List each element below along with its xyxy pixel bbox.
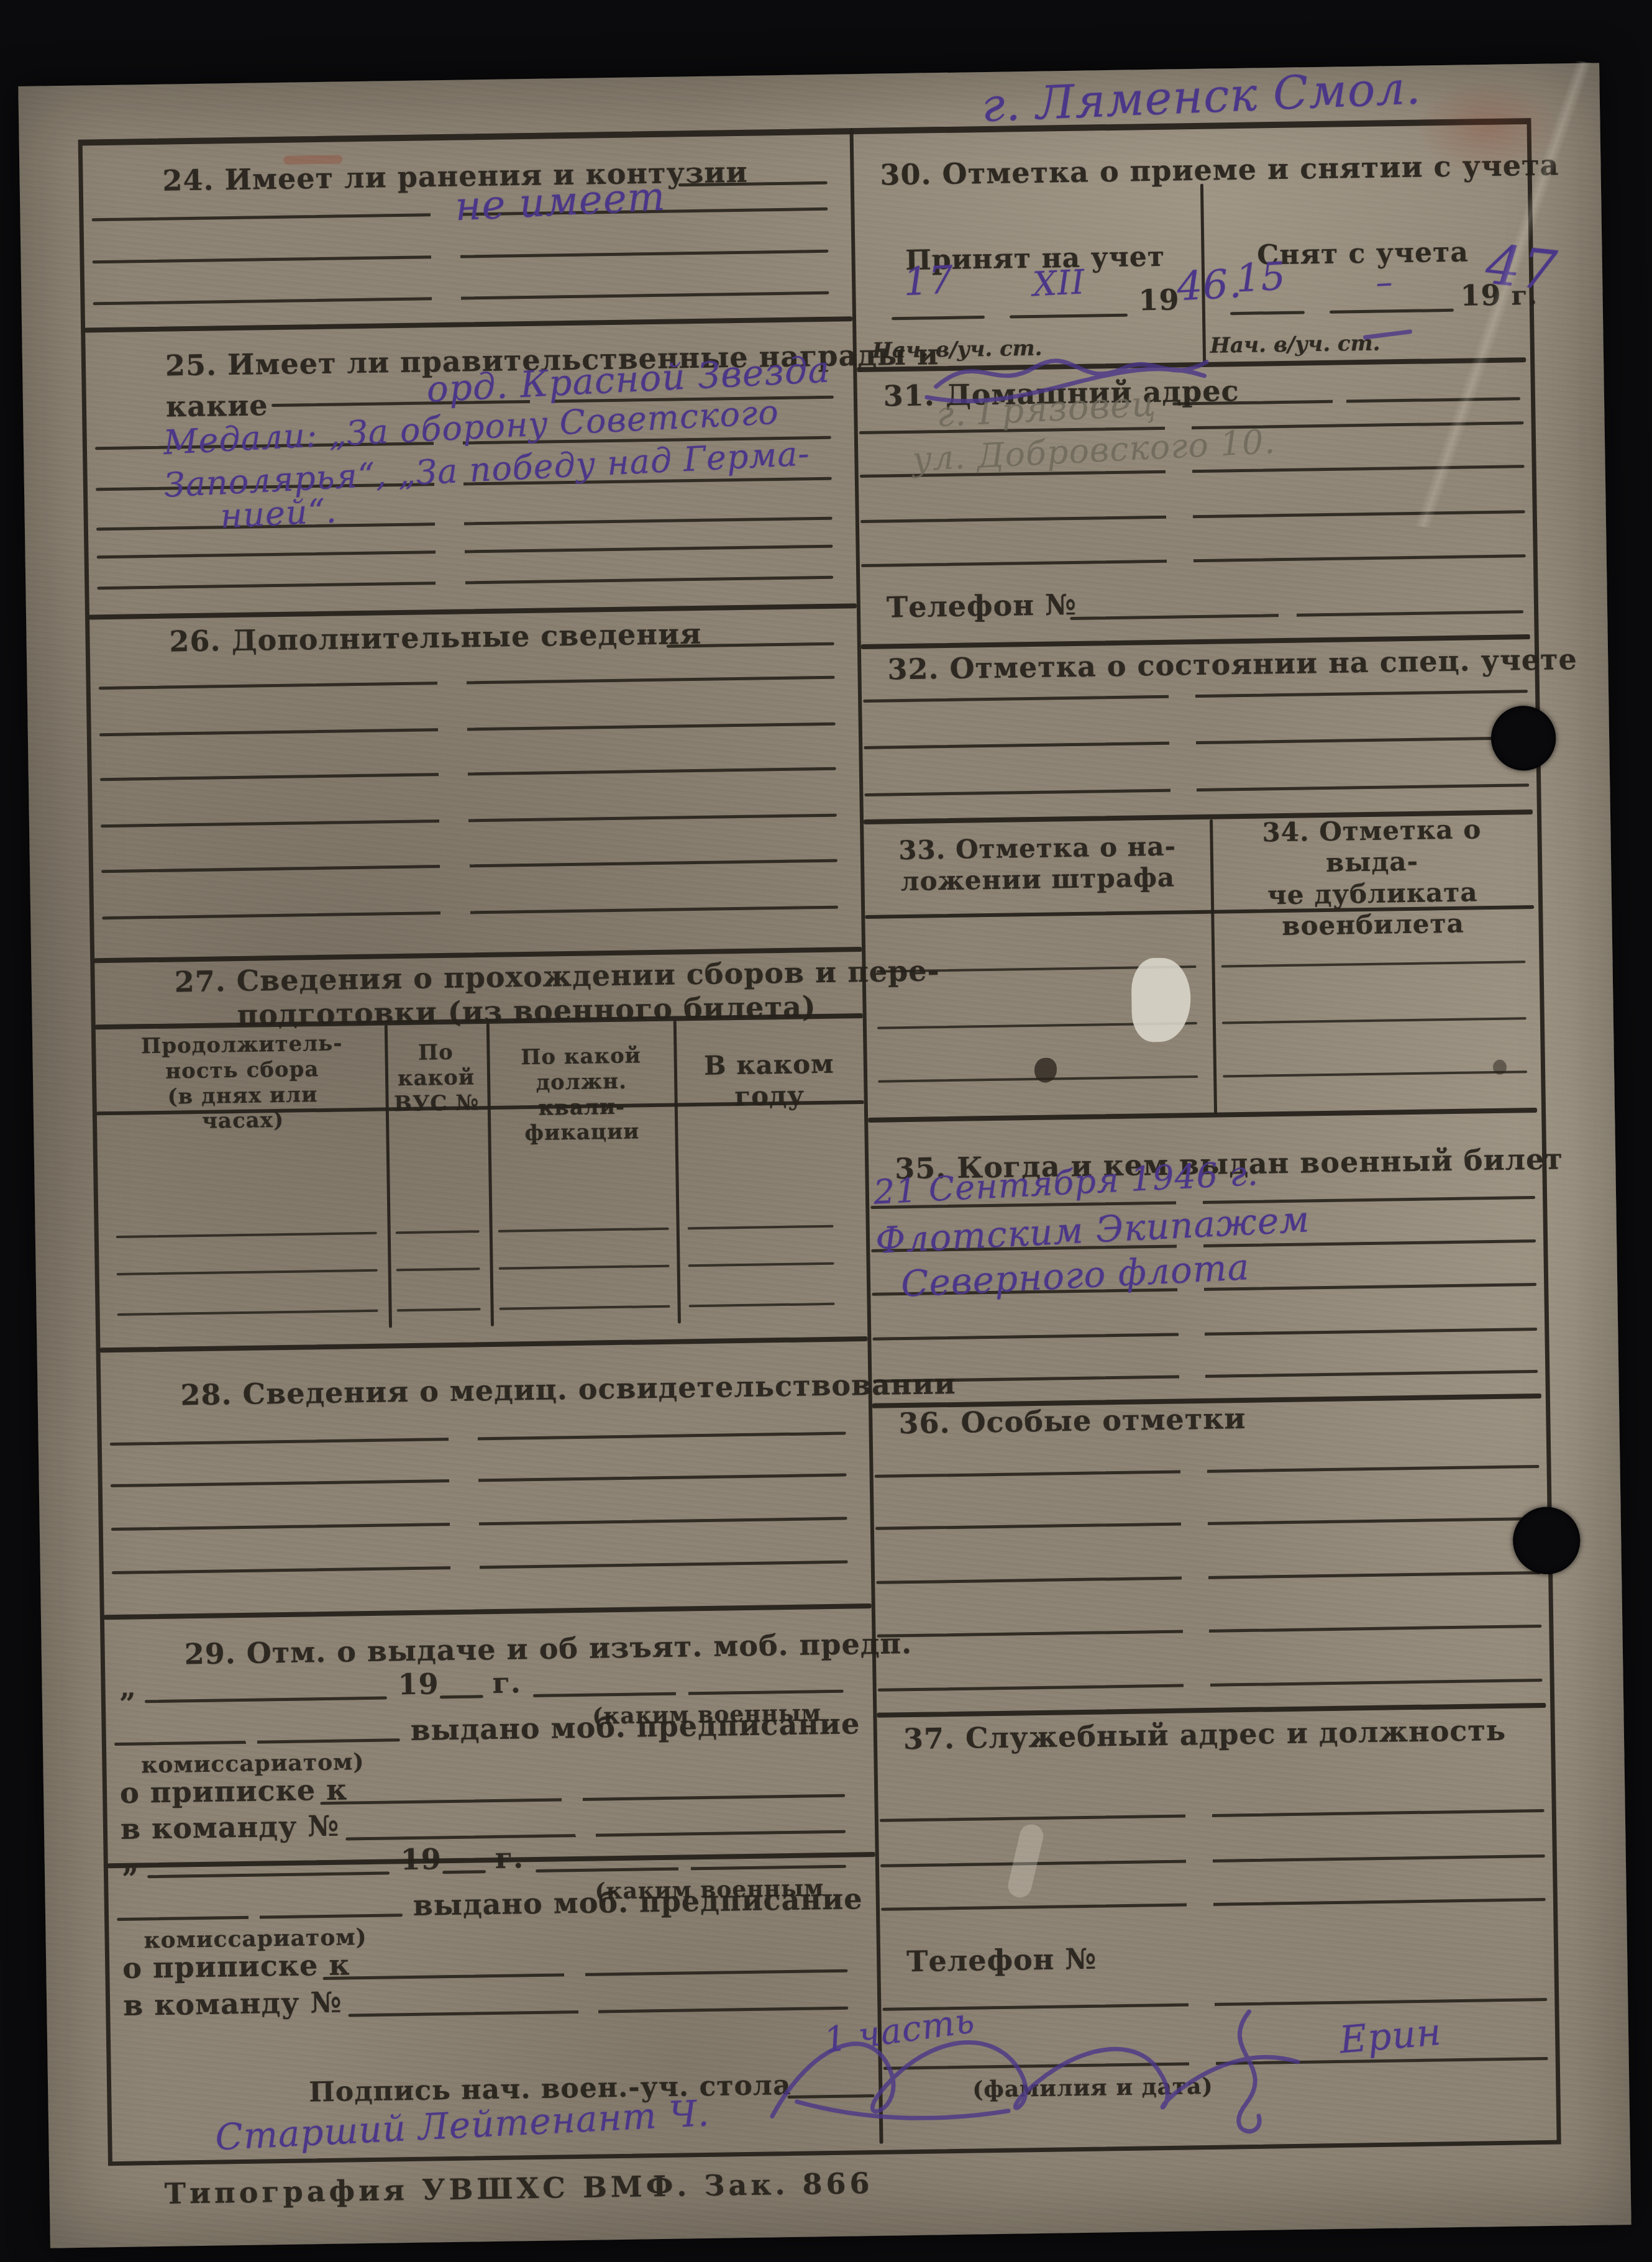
punch-hole-bottom xyxy=(1513,1507,1581,1575)
field-29-team-1: в команду № xyxy=(121,1809,340,1846)
field-29-year-2: 19 xyxy=(400,1842,442,1876)
ruled-line xyxy=(440,1695,483,1699)
field-29-year-suffix-1: г. xyxy=(492,1666,521,1700)
field-29-year-suffix-2: г. xyxy=(495,1841,524,1875)
table-27-col-year: В каком году xyxy=(677,1048,860,1113)
field-29-attach-2: о приписке к xyxy=(122,1948,350,1984)
stain-red-smudge xyxy=(283,155,342,164)
field-36-label: 36. Особые отметки xyxy=(898,1402,1246,1440)
field-30-chief-left: Нач. в/уч. ст. xyxy=(872,336,1042,363)
photo-backdrop: г. Ляменск Смол. 24. Имеет ли ранения и … xyxy=(0,0,1652,2262)
handwriting-signature-name: Ерин xyxy=(1338,2010,1443,2063)
handwriting-30-remove-month: – xyxy=(1375,262,1394,302)
field-29-team-2: в команду № xyxy=(123,1986,342,2022)
ruled-line xyxy=(442,1870,486,1874)
table-27-col-duration: Продолжитель- ность сбора (в днях или ча… xyxy=(102,1031,383,1136)
print-shop-imprint: Типография УВШХС ВМФ. Зак. 866 xyxy=(164,2166,874,2210)
field-34-label: 34. Отметка о выда- че дубликата военбил… xyxy=(1215,813,1530,943)
field-29-issued-1: выдано моб. предписание xyxy=(410,1707,860,1747)
field-29-issued-2: выдано моб. предписание xyxy=(413,1882,862,1922)
field-29-attach-1: о приписке к xyxy=(120,1773,348,1810)
handwriting-30-remove-day: 15 xyxy=(1234,253,1287,301)
field-30-year-prefix-left: 19 xyxy=(1138,283,1180,317)
table-27-col-vus: По какой ВУС № xyxy=(386,1039,486,1117)
field-29-quote-1: „ xyxy=(119,1671,137,1704)
handwriting-30-accept-month: XII xyxy=(1032,262,1086,304)
field-29-year-1: 19 xyxy=(398,1667,439,1701)
field-31-phone-label: Телефон № xyxy=(887,588,1077,624)
field-29-quote-2: „ xyxy=(122,1845,139,1879)
handwriting-30-accept-day: 17 xyxy=(902,257,954,304)
punch-hole-top xyxy=(1490,705,1556,771)
field-30-chief-right: Нач. в/уч. ст. xyxy=(1210,331,1380,358)
field-37-phone-label: Телефон № xyxy=(906,1942,1097,1979)
table-27-col-qualification: По какой должн. квали- фикации xyxy=(490,1043,673,1147)
field-37-caption: (фамилия и дата) xyxy=(972,2073,1213,2103)
handwriting-25-line-4: нией“. xyxy=(219,491,338,536)
document-page: г. Ляменск Смол. 24. Имеет ли ранения и … xyxy=(18,63,1631,2248)
handwriting-30-accept-year: 46. xyxy=(1176,261,1243,310)
field-33-label: 33. Отметка о на- ложении штрафа xyxy=(869,831,1205,898)
